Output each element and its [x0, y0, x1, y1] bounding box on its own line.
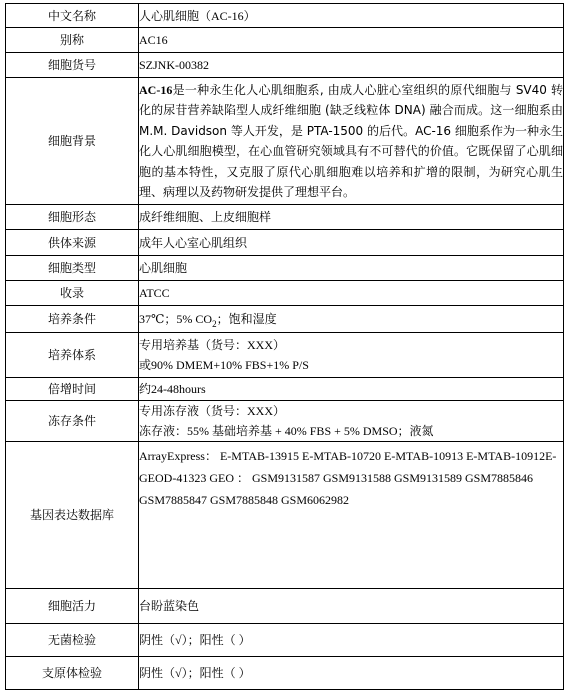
table-row: 中文名称 人心肌细胞（AC-16）	[6, 4, 564, 28]
background-paragraph: AC-16是一种永生化人心肌细胞系, 由成人心脏心室组织的原代细胞与 SV40 …	[139, 80, 563, 203]
label-viability: 细胞活力	[6, 589, 139, 624]
gene-db-line: GSM7885847 GSM7885848 GSM6062982	[139, 489, 563, 511]
table-row: 细胞背景 AC-16是一种永生化人心肌细胞系, 由成人心脏心室组织的原代细胞与 …	[6, 78, 564, 205]
value-collection: ATCC	[139, 281, 564, 306]
table-row: 基因表达数据库 ArrayExpress： E-MTAB-13915 E-MTA…	[6, 442, 564, 589]
table-row: 收录 ATCC	[6, 281, 564, 306]
culture-conditions-humidity: ；饱和湿度	[217, 312, 277, 326]
label-mycoplasma-test: 支原体检验	[6, 657, 139, 690]
label-alias: 别称	[6, 28, 139, 53]
value-chinese-name: 人心肌细胞（AC-16）	[139, 4, 564, 28]
gene-db-line: ArrayExpress： E-MTAB-13915 E-MTAB-10720 …	[139, 445, 563, 467]
table-row: 供体来源 成年人心室心肌组织	[6, 230, 564, 256]
value-doubling-time: 约24-48hours	[139, 378, 564, 401]
cell-info-table: 中文名称 人心肌细胞（AC-16） 别称 AC16 细胞货号 SZJNK-003…	[5, 3, 564, 690]
label-chinese-name: 中文名称	[6, 4, 139, 28]
table-row: 培养条件 37℃；5% CO2；饱和湿度	[6, 306, 564, 333]
culture-system-line: 或90% DMEM+10% FBS+1% P/S	[139, 355, 563, 375]
culture-system-line: 专用培养基（货号：XXX）	[139, 335, 563, 355]
value-morphology: 成纤维细胞、上皮细胞样	[139, 205, 564, 230]
value-catalog-number: SZJNK-00382	[139, 53, 564, 78]
value-culture-conditions: 37℃；5% CO2；饱和湿度	[139, 306, 564, 333]
value-background: AC-16是一种永生化人心肌细胞系, 由成人心脏心室组织的原代细胞与 SV40 …	[139, 78, 564, 205]
value-sterility-test: 阴性（√）；阳性（ ）	[139, 624, 564, 657]
value-mycoplasma-test: 阴性（√）；阳性（ ）	[139, 657, 564, 690]
value-cell-type: 心肌细胞	[139, 256, 564, 281]
label-cell-type: 细胞类型	[6, 256, 139, 281]
label-doubling-time: 倍增时间	[6, 378, 139, 401]
table-row: 支原体检验 阴性（√）；阳性（ ）	[6, 657, 564, 690]
label-catalog-number: 细胞货号	[6, 53, 139, 78]
value-donor-source: 成年人心室心肌组织	[139, 230, 564, 256]
label-cryo-conditions: 冻存条件	[6, 401, 139, 442]
background-bold-lead: AC-16	[139, 83, 172, 97]
gene-db-line: GEOD-41323 GEO ： GSM9131587 GSM9131588 G…	[139, 467, 563, 489]
label-culture-conditions: 培养条件	[6, 306, 139, 333]
table-row: 培养体系 专用培养基（货号：XXX） 或90% DMEM+10% FBS+1% …	[6, 333, 564, 378]
table-row: 细胞类型 心肌细胞	[6, 256, 564, 281]
cryo-line: 冻存液：55% 基础培养基 + 40% FBS + 5% DMSO；液氮	[139, 421, 563, 441]
table-row: 倍增时间 约24-48hours	[6, 378, 564, 401]
label-background: 细胞背景	[6, 78, 139, 205]
value-viability: 台盼蓝染色	[139, 589, 564, 624]
label-culture-system: 培养体系	[6, 333, 139, 378]
culture-conditions-text: 37℃；5% CO	[139, 312, 212, 326]
value-gene-database: ArrayExpress： E-MTAB-13915 E-MTAB-10720 …	[139, 442, 564, 589]
value-alias: AC16	[139, 28, 564, 53]
background-text: 是一种永生化人心肌细胞系, 由成人心脏心室组织的原代细胞与 SV40 转化的尿苷…	[139, 83, 563, 200]
label-gene-database: 基因表达数据库	[6, 442, 139, 589]
table-row: 别称 AC16	[6, 28, 564, 53]
cryo-line: 专用冻存液（货号：XXX）	[139, 401, 563, 421]
value-culture-system: 专用培养基（货号：XXX） 或90% DMEM+10% FBS+1% P/S	[139, 333, 564, 378]
value-cryo-conditions: 专用冻存液（货号：XXX） 冻存液：55% 基础培养基 + 40% FBS + …	[139, 401, 564, 442]
label-collection: 收录	[6, 281, 139, 306]
label-sterility-test: 无菌检验	[6, 624, 139, 657]
table-row: 细胞活力 台盼蓝染色	[6, 589, 564, 624]
table-row: 冻存条件 专用冻存液（货号：XXX） 冻存液：55% 基础培养基 + 40% F…	[6, 401, 564, 442]
table-row: 无菌检验 阴性（√）；阳性（ ）	[6, 624, 564, 657]
table-row: 细胞货号 SZJNK-00382	[6, 53, 564, 78]
table-row: 细胞形态 成纤维细胞、上皮细胞样	[6, 205, 564, 230]
label-donor-source: 供体来源	[6, 230, 139, 256]
label-morphology: 细胞形态	[6, 205, 139, 230]
